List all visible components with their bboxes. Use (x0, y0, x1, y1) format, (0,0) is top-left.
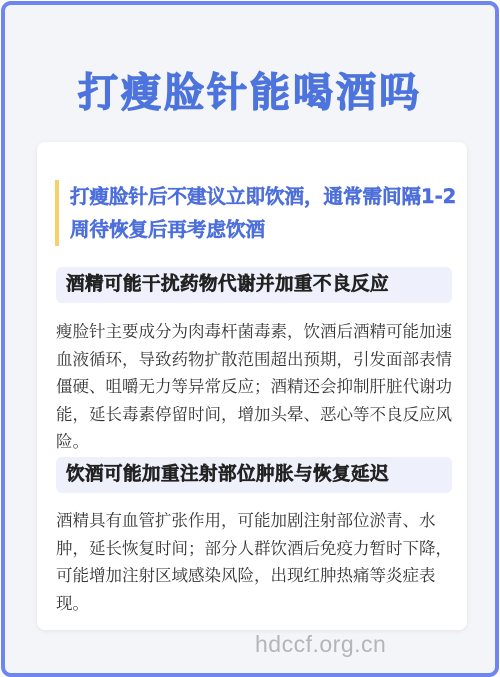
section-heading-alcohol-metabolism: 酒精可能干扰药物代谢并加重不良反应 (56, 267, 452, 303)
section-heading-swelling-recovery: 饮酒可能加重注射部位肿胀与恢复延迟 (56, 457, 452, 493)
page-title: 打瘦脸针能喝酒吗 (5, 69, 495, 117)
watermark: hdccf.org.cn (255, 631, 386, 658)
lead-summary: 打瘦脸针后不建议立即饮酒，通常需间隔1-2周待恢复后再考虑饮酒 (55, 180, 470, 246)
content-card: 打瘦脸针后不建议立即饮酒，通常需间隔1-2周待恢复后再考虑饮酒 酒精可能干扰药物… (37, 142, 467, 630)
page-frame: 打瘦脸针能喝酒吗 打瘦脸针后不建议立即饮酒，通常需间隔1-2周待恢复后再考虑饮酒… (1, 1, 499, 677)
section-body-alcohol-metabolism: 瘦脸针主要成分为肉毒杆菌毒素，饮酒后酒精可能加速血液循环，导致药物扩散范围超出预… (56, 318, 452, 456)
section-body-swelling-recovery: 酒精具有血管扩张作用，可能加剧注射部位淤青、水肿，延长恢复时间；部分人群饮酒后免… (56, 507, 452, 617)
